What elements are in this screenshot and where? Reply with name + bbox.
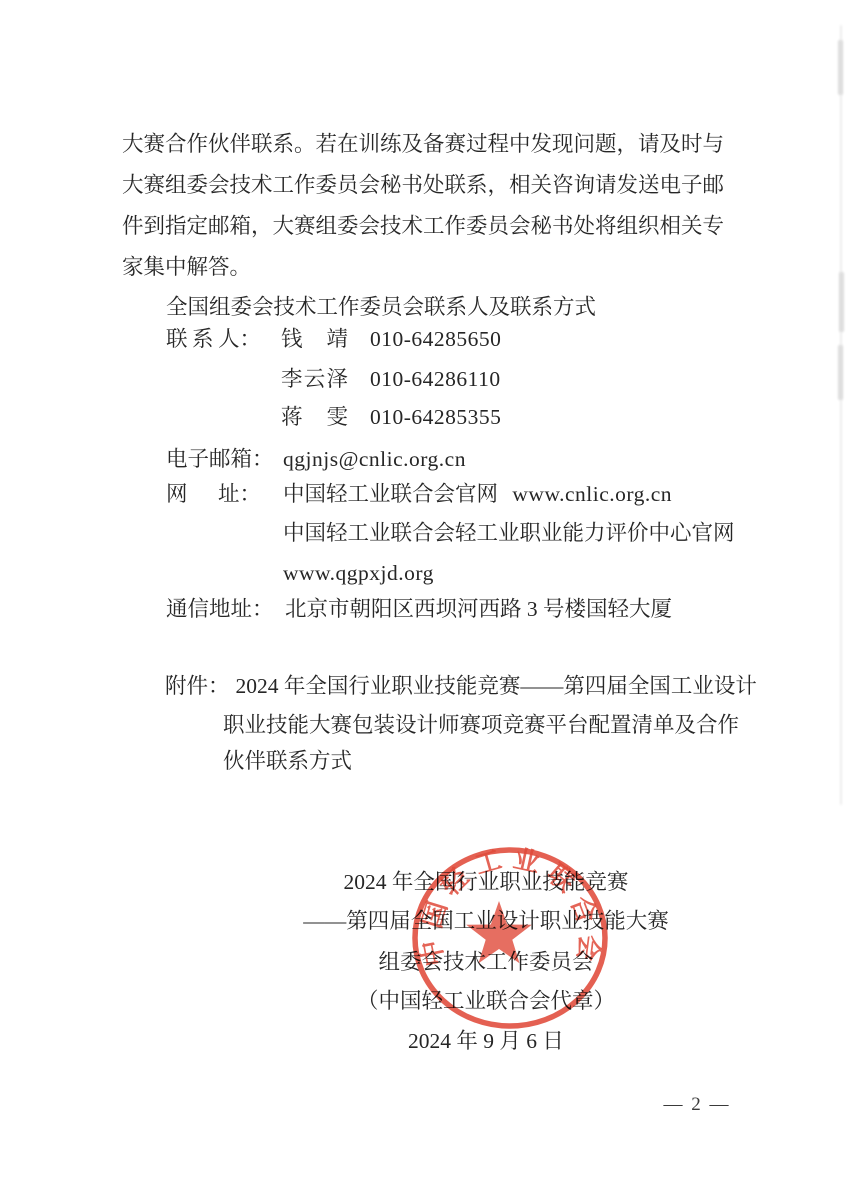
name-char: 李	[281, 367, 303, 391]
website-line-3: www.qgpxjd.org	[283, 561, 434, 585]
name-char: 蒋	[281, 405, 303, 429]
name-char: 泽	[326, 367, 348, 391]
attachment-line-2: 职业技能大赛包装设计师赛项竞赛平台配置清单及合作	[223, 713, 739, 737]
seal-graphic: 中国轻工业联合会	[410, 845, 610, 1035]
scan-artifact	[838, 40, 843, 95]
page-number: — 2 —	[652, 1094, 742, 1116]
scan-artifact	[838, 345, 843, 400]
contact-phone: 010-64286110	[370, 367, 501, 391]
contact-person-label: 联 系 人：	[166, 327, 261, 351]
website-url: www.cnlic.org.cn	[512, 482, 672, 506]
official-seal: 中国轻工业联合会	[410, 845, 610, 1035]
name-char: 雯	[326, 405, 348, 429]
scan-artifact	[839, 272, 844, 332]
label-char: 址：	[218, 482, 261, 506]
attachment-line-1: 附件： 2024 年全国行业职业技能竞赛——第四届全国工业设计	[165, 674, 757, 698]
contact-phone: 010-64285355	[370, 405, 501, 429]
website-line-2: 中国轻工业联合会轻工业职业能力评价中心官网	[283, 521, 735, 545]
label-char: 网	[166, 482, 188, 506]
website-cn: 中国轻工业联合会官网	[283, 482, 498, 506]
label-char: 地	[209, 597, 231, 621]
label-char: 电	[166, 447, 188, 471]
label-char: 箱：	[231, 447, 274, 471]
email-label: 电 子 邮 箱：	[166, 447, 261, 471]
name-char: 钱	[281, 327, 303, 351]
body-paragraph-line: 大赛合作伙伴联系。若在训练及备赛过程中发现问题，请及时与	[122, 132, 724, 156]
document-page: 大赛合作伙伴联系。若在训练及备赛过程中发现问题，请及时与 大赛组委会技术工作委员…	[0, 0, 848, 1200]
address-value: 北京市朝阳区西坝河西路 3 号楼国轻大厦	[285, 597, 672, 621]
contacts-section-title: 全国组委会技术工作委员会联系人及联系方式	[166, 295, 596, 319]
seal-star-icon	[466, 901, 532, 963]
label-char: 邮	[209, 447, 231, 471]
website-line-1: 中国轻工业联合会官网 www.cnlic.org.cn	[283, 482, 672, 506]
name-char: 云	[304, 367, 326, 391]
website-label: 网 址：	[166, 482, 261, 506]
contact-name: 李 云 泽	[281, 367, 348, 391]
name-char: 靖	[326, 327, 348, 351]
label-char: 通	[166, 597, 188, 621]
label-char: 信	[188, 597, 210, 621]
address-label: 通 信 地 址：	[166, 597, 261, 621]
label-char: 联	[166, 327, 188, 351]
scan-artifact	[840, 25, 842, 805]
body-paragraph-line: 大赛组委会技术工作委员会秘书处联系，相关咨询请发送电子邮	[122, 173, 724, 197]
contact-phone: 010-64285650	[370, 327, 501, 351]
contact-name: 钱 靖	[281, 327, 348, 351]
label-char: 址：	[231, 597, 274, 621]
body-paragraph-line: 家集中解答。	[122, 255, 724, 279]
label-char: 子	[188, 447, 210, 471]
label-char: 系	[192, 327, 214, 351]
contact-name: 蒋 雯	[281, 405, 348, 429]
label-char: 人：	[218, 327, 261, 351]
email-value: qgjnjs@cnlic.org.cn	[283, 447, 466, 471]
attachment-label: 附件：	[165, 674, 230, 698]
body-paragraph-line: 件到指定邮箱，大赛组委会技术工作委员会秘书处将组织相关专	[122, 214, 724, 238]
attachment-text: 2024 年全国行业职业技能竞赛——第四届全国工业设计	[236, 674, 757, 698]
attachment-line-3: 伙伴联系方式	[223, 749, 352, 773]
